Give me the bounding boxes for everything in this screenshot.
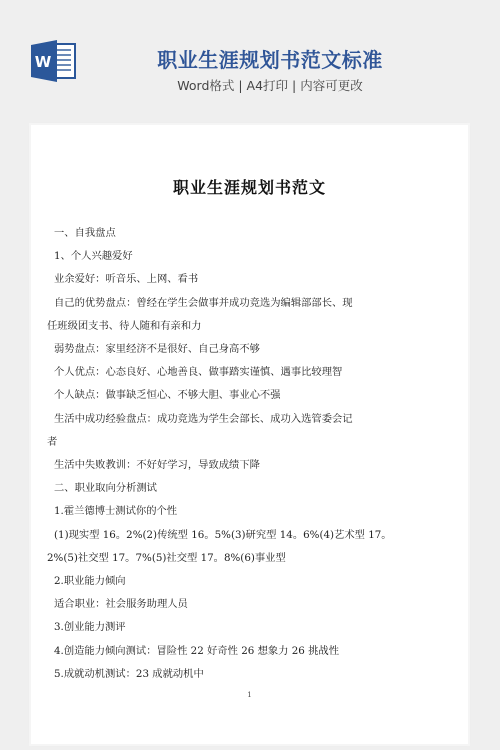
svg-text:W: W (35, 53, 52, 71)
paragraph-line: 生活中成功经验盘点：成功竞选为学生会部长、成功入选管委会记 (47, 408, 457, 431)
paragraph-line: 者 (47, 431, 457, 454)
document-page: 职业生涯规划书范文 一、自我盘点 1、个人兴趣爱好 业余爱好：听音乐、上网、看书… (31, 125, 468, 744)
subsection-heading: 1、个人兴趣爱好 (47, 245, 457, 268)
paragraph-line: 任班级团支书、待人随和有亲和力 (47, 315, 457, 338)
paragraph-line: 5.成就动机测试：23 成就动机中 (47, 663, 457, 686)
subsection-heading: 2.职业能力倾向 (47, 570, 457, 593)
section-heading: 一、自我盘点 (47, 222, 457, 245)
paragraph-line: (1)现实型 16。2%(2)传统型 16。5%(3)研究型 14。6%(4)艺… (47, 524, 457, 547)
subsection-heading: 1.霍兰德博士测试你的个性 (47, 500, 457, 523)
word-document-icon: W (31, 40, 77, 82)
paragraph-line: 2%(5)社交型 17。7%(5)社交型 17。8%(6)事业型 (47, 547, 457, 570)
page-number: 1 (31, 691, 468, 699)
header: W 职业生涯规划书范文标准 Word格式 | A4打印 | 内容可更改 (0, 0, 500, 120)
subsection-heading: 3.创业能力测评 (47, 616, 457, 639)
document-body: 一、自我盘点 1、个人兴趣爱好 业余爱好：听音乐、上网、看书 自己的优势盘点：曾… (47, 222, 457, 686)
paragraph-line: 4.创造能力倾向测试：冒险性 22 好奇性 26 想象力 26 挑战性 (47, 640, 457, 663)
paragraph-line: 弱势盘点：家里经济不是很好、自己身高不够 (47, 338, 457, 361)
paragraph-line: 个人优点：心态良好、心地善良、做事踏实谨慎、遇事比较理智 (47, 361, 457, 384)
section-heading: 二、职业取向分析测试 (47, 477, 457, 500)
document-title: 职业生涯规划书范文 (31, 175, 468, 198)
paragraph-line: 个人缺点：做事缺乏恒心、不够大胆、事业心不强 (47, 384, 457, 407)
paragraph-line: 适合职业：社会服务助理人员 (47, 593, 457, 616)
paragraph-line: 生活中失败教训：不好好学习，导致成绩下降 (47, 454, 457, 477)
paragraph-line: 业余爱好：听音乐、上网、看书 (47, 268, 457, 291)
header-subtitle: Word格式 | A4打印 | 内容可更改 (150, 76, 390, 94)
header-title: 职业生涯规划书范文标准 (150, 44, 390, 73)
paragraph-line: 自己的优势盘点：曾经在学生会做事并成功竞选为编辑部部长、现 (47, 292, 457, 315)
